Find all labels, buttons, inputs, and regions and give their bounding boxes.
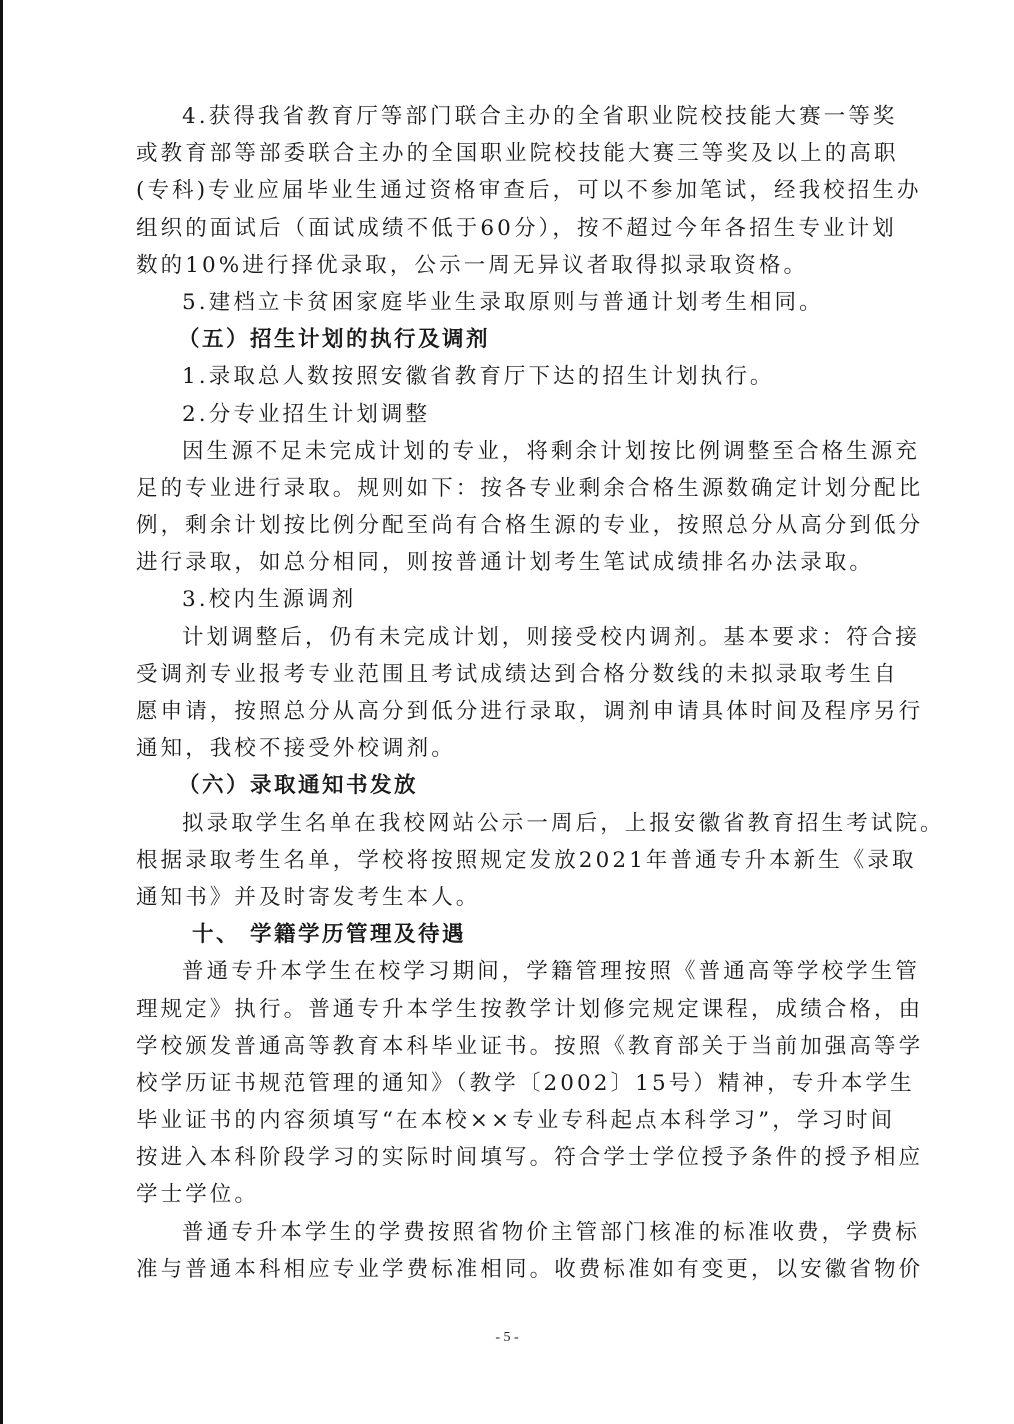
text-line: 通知，我校不接受外校调剂。 [136,730,888,767]
text-line: 1.录取总人数按照安徽省教育厅下达的招生计划执行。 [136,358,888,395]
text-line: (专科)专业应届毕业生通过资格审查后，可以不参加笔试，经我校招生办 [136,172,888,209]
text-line: 按进入本科阶段学习的实际时间填写。符合学士学位授予条件的授予相应 [136,1139,888,1176]
paragraph: 普通专升本学生在校学习期间，学籍管理按照《普通高等学校学生管理规定》执行。普通专… [136,953,888,1213]
page-edge [0,0,3,1424]
text-line: 进行录取，如总分相同，则按普通计划考生笔试成绩排名办法录取。 [136,544,888,581]
text-line: 毕业证书的内容须填写“在本校××专业专科起点本科学习”，学习时间 [136,1102,888,1139]
text-line: 例，剩余计划按比例分配至尚有合格生源的专业，按照总分从高分到低分 [136,507,888,544]
paragraph: 拟录取学生名单在我校网站公示一周后，上报安徽省教育招生考试院。根据录取考生名单，… [136,805,888,917]
text-line: 拟录取学生名单在我校网站公示一周后，上报安徽省教育招生考试院。 [136,805,888,842]
paragraph: 计划调整后，仍有未完成计划，则接受校内调剂。基本要求：符合接受调剂专业报考专业范… [136,619,888,768]
text-line: （六）录取通知书发放 [136,767,888,804]
text-line: （五）招生计划的执行及调剂 [136,321,888,358]
text-line: 组织的面试后（面试成绩不低于60分），按不超过今年各招生专业计划 [136,210,888,247]
text-line: 因生源不足未完成计划的专业，将剩余计划按比例调整至合格生源充 [136,433,888,470]
text-line: 数的10%进行择优录取，公示一周无异议者取得拟录取资格。 [136,247,888,284]
paragraph: 因生源不足未完成计划的专业，将剩余计划按比例调整至合格生源充足的专业进行录取。规… [136,433,888,582]
text-line: 理规定》执行。普通专升本学生按教学计划修完规定课程，成绩合格，由 [136,991,888,1028]
text-line: 十、 学籍学历管理及待遇 [136,916,888,953]
text-line: 准与普通本科相应专业学费标准相同。收费标准如有变更，以安徽省物价 [136,1251,888,1288]
paragraph: 3.校内生源调剂 [136,581,888,618]
text-line: 计划调整后，仍有未完成计划，则接受校内调剂。基本要求：符合接 [136,619,888,656]
subsection-heading: （六）录取通知书发放 [136,767,888,804]
text-line: 2.分专业招生计划调整 [136,396,888,433]
text-line: 通知书》并及时寄发考生本人。 [136,879,888,916]
text-line: 5.建档立卡贫困家庭毕业生录取原则与普通计划考生相同。 [136,284,888,321]
subsection-heading: （五）招生计划的执行及调剂 [136,321,888,358]
text-line: 受调剂专业报考专业范围且考试成绩达到合格分数线的未拟录取考生自 [136,656,888,693]
text-line: 学校颁发普通高等教育本科毕业证书。按照《教育部关于当前加强高等学 [136,1028,888,1065]
text-line: 4.获得我省教育厅等部门联合主办的全省职业院校技能大赛一等奖 [136,98,888,135]
text-line: 根据录取考生名单，学校将按照规定发放2021年普通专升本新生《录取 [136,842,888,879]
text-line: 校学历证书规范管理的通知》（教学〔2002〕15号）精神，专升本学生 [136,1065,888,1102]
paragraph: 4.获得我省教育厅等部门联合主办的全省职业院校技能大赛一等奖或教育部等部委联合主… [136,98,888,284]
text-line: 学士学位。 [136,1176,888,1213]
paragraph: 1.录取总人数按照安徽省教育厅下达的招生计划执行。 [136,358,888,395]
text-line: 普通专升本学生的学费按照省物价主管部门核准的标准收费，学费标 [136,1214,888,1251]
section-heading: 十、 学籍学历管理及待遇 [136,916,888,953]
paragraph: 2.分专业招生计划调整 [136,396,888,433]
paragraph: 普通专升本学生的学费按照省物价主管部门核准的标准收费，学费标准与普通本科相应专业… [136,1214,888,1288]
text-line: 足的专业进行录取。规则如下：按各专业剩余合格生源数确定计划分配比 [136,470,888,507]
text-line: 愿申请，按照总分从高分到低分进行录取，调剂申请具体时间及程序另行 [136,693,888,730]
text-line: 普通专升本学生在校学习期间，学籍管理按照《普通高等学校学生管 [136,953,888,990]
text-line: 3.校内生源调剂 [136,581,888,618]
page-number: - 5 - [0,1330,1014,1346]
document-page: 4.获得我省教育厅等部门联合主办的全省职业院校技能大赛一等奖或教育部等部委联合主… [136,98,888,1288]
paragraph: 5.建档立卡贫困家庭毕业生录取原则与普通计划考生相同。 [136,284,888,321]
text-line: 或教育部等部委联合主办的全国职业院校技能大赛三等奖及以上的高职 [136,135,888,172]
